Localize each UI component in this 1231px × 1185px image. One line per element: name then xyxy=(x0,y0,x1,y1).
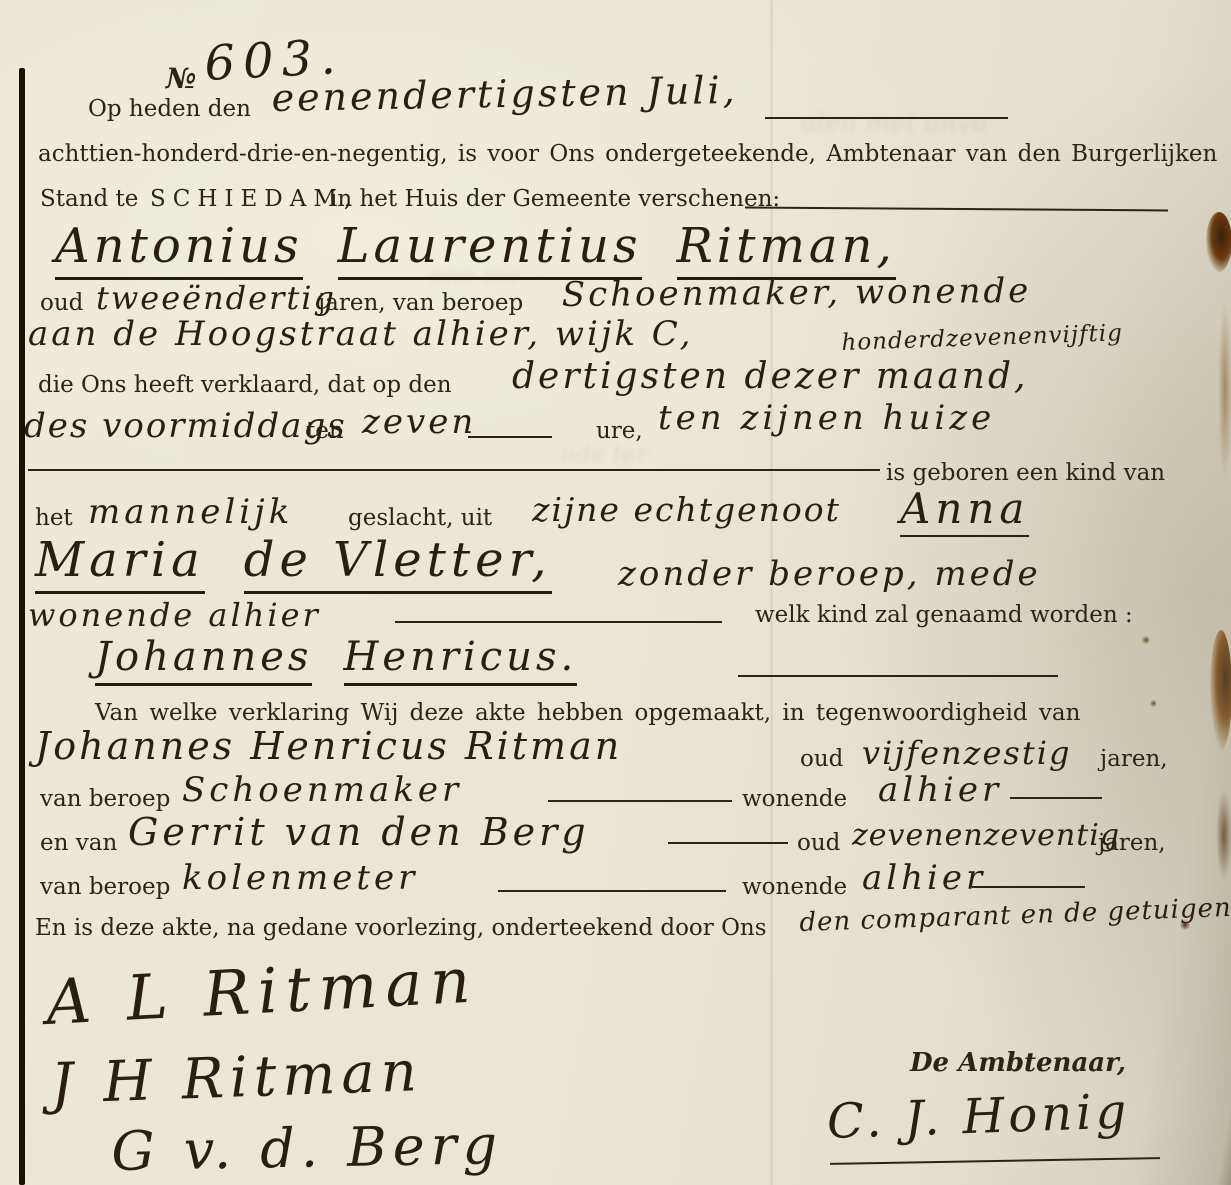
form-text-verklaring: Van welke verklaring Wij deze akte hebbe… xyxy=(95,700,1080,726)
witness2-name: Gerrit van den Berg xyxy=(128,810,590,854)
act-number-sign: № xyxy=(166,62,196,95)
filler-rule xyxy=(395,621,722,623)
form-text-oud-w2: oud xyxy=(797,830,840,856)
form-text-stand-te: Stand te xyxy=(40,186,138,212)
signature-flourish-rule xyxy=(830,1157,1160,1165)
filler-rule xyxy=(765,117,1008,119)
witness1-occupation: Schoenmaker xyxy=(182,770,462,810)
signature-declarant: A L Ritman xyxy=(44,943,480,1039)
filler-dash xyxy=(548,800,732,802)
form-text-beroep-w1: van beroep xyxy=(40,786,170,812)
ink-spot xyxy=(1142,636,1150,644)
form-text-het: het xyxy=(35,505,73,531)
ink-stain xyxy=(1218,300,1231,480)
city-name: SCHIEDAM, xyxy=(150,186,358,212)
declarant-name: Antonius Laurentius Ritman, xyxy=(55,218,896,274)
form-text-wonende-w2: wonende xyxy=(742,874,847,900)
declarant-age: tweeëndertig xyxy=(96,279,336,317)
bleed-through-text: ulen met anvu xyxy=(800,108,988,138)
witness1-residence: alhier xyxy=(878,770,1002,810)
form-text-beroep-w2: van beroep xyxy=(40,874,170,900)
birth-place: ten zijnen huize xyxy=(658,398,995,438)
form-text-verklaard: die Ons heeft verklaard, dat op den xyxy=(38,372,452,398)
birth-certificate-scan: ulen met anvu ono ma nde ter № 603. Op h… xyxy=(0,0,1231,1185)
spouse-intro: zijne echtgenoot xyxy=(532,490,841,529)
mother-surname: de Vletter, xyxy=(244,532,552,594)
date-handwritten: eenendertigsten Juli, xyxy=(271,68,738,120)
form-text-wonende-w1: wonende xyxy=(742,786,847,812)
form-text-ten: ten xyxy=(306,418,344,444)
form-text-geslacht: geslacht, uit xyxy=(348,505,492,531)
filler-dash xyxy=(1010,797,1102,799)
form-text-jaren-beroep: jaren, van beroep xyxy=(318,290,523,316)
form-text-verschenen: in het Huis der Gemeente verschenen: xyxy=(330,186,780,212)
form-text-jaren-w2: jaren, xyxy=(1098,830,1166,856)
child-middlename: Henricus. xyxy=(344,634,578,686)
filler-rule xyxy=(738,675,1058,677)
filler-dash xyxy=(668,842,788,844)
declarant-occupation: Schoenmaker, wonende xyxy=(562,271,1032,315)
mother-occupation: zonder beroep, mede xyxy=(618,554,1041,594)
closing-handwritten: den comparant en de getuigen xyxy=(799,893,1231,938)
child-name: Johannes Henricus. xyxy=(95,634,577,680)
form-text-op-heden: Op heden den xyxy=(88,96,251,122)
declarant-firstname: Antonius xyxy=(55,218,303,280)
form-text-year: achttien-honderd-drie-en-negentig, is vo… xyxy=(38,141,1217,167)
witness2-residence: alhier xyxy=(862,858,986,898)
birth-daypart: des voormiddags xyxy=(24,406,347,446)
form-text-genaamd: welk kind zal genaamd worden : xyxy=(755,602,1133,628)
declarant-middlename: Laurentius xyxy=(338,218,642,280)
birth-hour: zeven xyxy=(362,402,476,442)
margin-rule xyxy=(19,68,25,1185)
witness1-age: vijfenzestig xyxy=(862,734,1071,772)
declarant-housenumber: honderdzevenenvijftig xyxy=(841,320,1123,356)
form-text-en-van: en van xyxy=(40,830,117,856)
ink-stain xyxy=(1216,790,1231,880)
witness2-occupation: kolenmeter xyxy=(182,858,418,898)
form-text-oud-w1: oud xyxy=(800,746,843,772)
filler-dash xyxy=(498,890,726,892)
ink-stain xyxy=(1206,212,1231,272)
signature-witness1: J H Ritman xyxy=(50,1039,424,1117)
form-text-jaren-w1: jaren, xyxy=(1100,746,1168,772)
form-text-geboren: is geboren een kind van xyxy=(886,460,1165,486)
mother-name: Maria de Vletter, xyxy=(35,532,552,588)
filler-dash xyxy=(972,886,1085,888)
signature-witness2: G v. d. Berg xyxy=(111,1113,504,1183)
mother-firstname-anna: Anna xyxy=(900,484,1029,537)
child-sex: mannelijk xyxy=(88,492,293,532)
mother-residence: wonende alhier xyxy=(28,596,321,634)
declarant-address: aan de Hoogstraat alhier, wijk C, xyxy=(28,314,693,354)
form-text-oud: oud xyxy=(40,290,83,316)
ink-spot xyxy=(1150,700,1157,707)
filler-rule xyxy=(745,207,1168,212)
child-firstname: Johannes xyxy=(95,634,312,686)
mother-middlename: Maria xyxy=(35,532,205,594)
bleed-through-text: nde ter xyxy=(560,440,648,468)
birth-day-handwritten: dertigsten dezer maand, xyxy=(512,356,1028,397)
declarant-surname: Ritman, xyxy=(677,218,896,280)
filler-rule xyxy=(28,469,880,471)
official-title: De Ambtenaar, xyxy=(910,1048,1126,1078)
form-text-ure: ure, xyxy=(596,418,643,444)
signature-official: C. J. Honig xyxy=(826,1083,1131,1150)
filler-dash xyxy=(468,436,552,438)
witness2-age: zevenenzeventig xyxy=(852,818,1120,853)
witness1-name: Johannes Henricus Ritman xyxy=(35,724,622,768)
form-text-closing: En is deze akte, na gedane voorlezing, o… xyxy=(35,915,767,941)
ink-stain xyxy=(1210,630,1231,750)
